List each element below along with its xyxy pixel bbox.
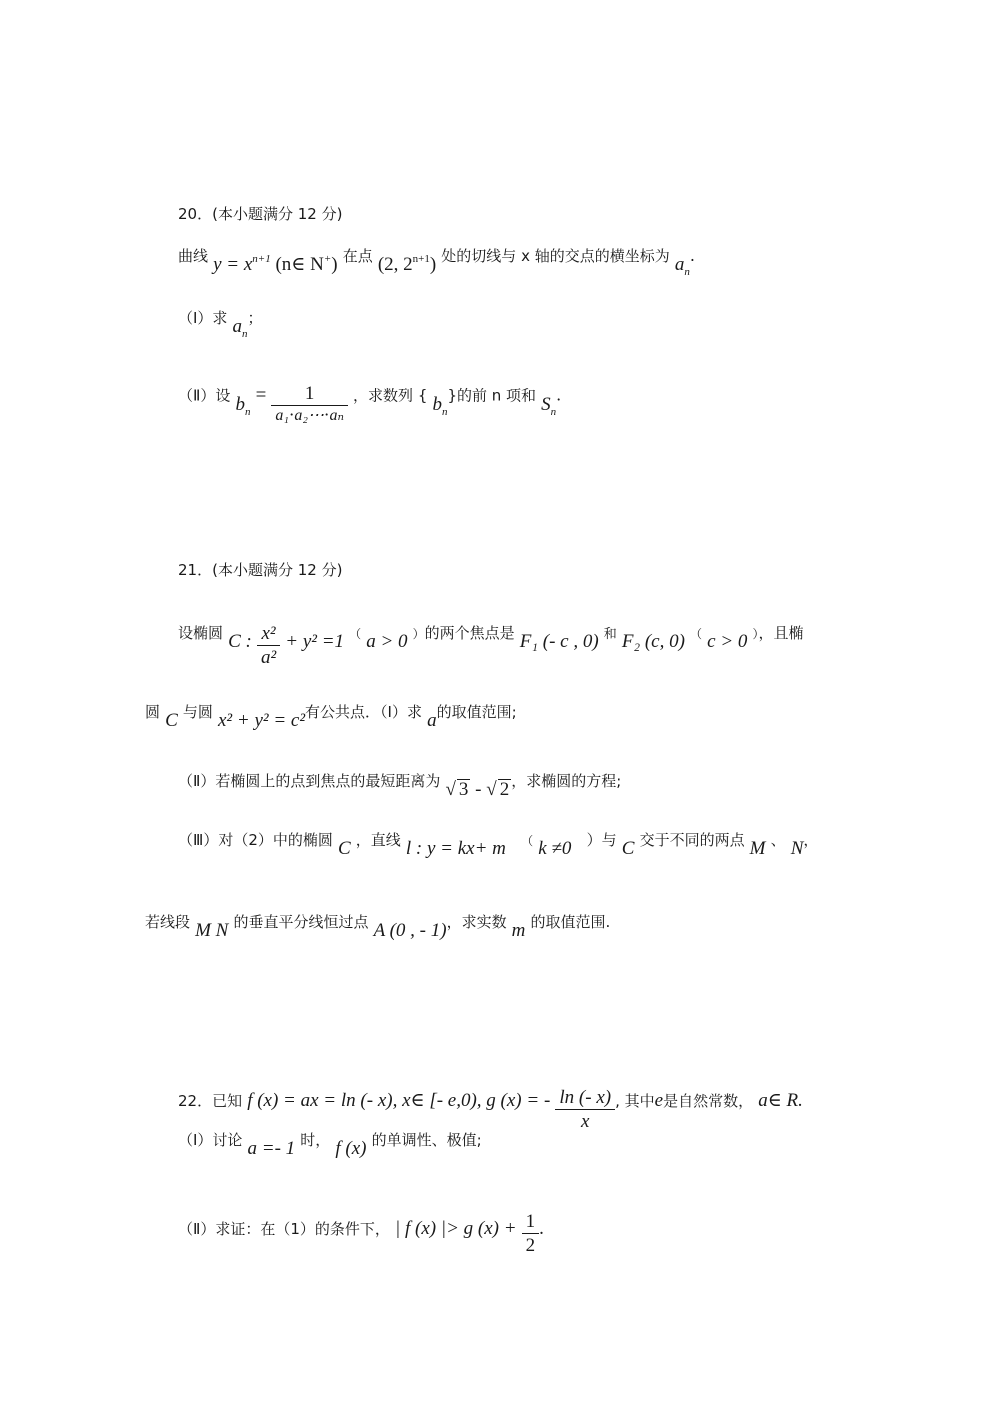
q21-stem: 设椭圆 C : x² a² + y² =1 （ a > 0 ）的两个焦点是 F₁… [178, 612, 804, 655]
q22-stem: 22．已知 f (x) = ax = ln (- x), x∈ [- e,0),… [178, 1080, 803, 1123]
q21-heading: 21．(本小题满分 12 分) [178, 562, 342, 578]
q20-part2: （Ⅱ）设 bn = 1 a₁⋅a₂⋯⋅aₙ ，求数列 { bn}的前 n 项和 … [178, 376, 561, 416]
circle-equation: x² + y² = c² [218, 710, 305, 731]
q21-part3: （Ⅲ）对（2）中的椭圆 C ，直线 l : y = kx+ m （ k ≠0 ）… [178, 830, 818, 849]
q20-part1: （Ⅰ）求 an； [178, 308, 263, 331]
q21-part2: （Ⅱ）若椭圆上的点到焦点的最短距离为 √3 - √2，求椭圆的方程; [178, 770, 621, 790]
half-fraction: 1 2 [522, 1212, 540, 1255]
a-n-var: an [675, 254, 690, 275]
q21-line2: 圆 C 与圆 x² + y² = c²有公共点．（Ⅰ）求 a的取值范围; [145, 702, 517, 721]
line-equation: l : y = kx+ m [406, 838, 506, 859]
q22-part1: （Ⅰ）讨论 a =- 1 时， f (x) 的单调性、极值; [178, 1130, 482, 1149]
function-definition: f (x) = ax = ln (- x), x∈ [- e,0), g (x)… [247, 1090, 550, 1111]
ellipse-fraction: x² a² [257, 624, 280, 667]
g-fraction: ln (- x) x [555, 1088, 615, 1131]
inequality: | f (x) |> g (x) + [395, 1218, 517, 1239]
q20-heading: 20．(本小题满分 12 分) [178, 206, 342, 222]
sqrt-expression: √3 - √2 [445, 779, 511, 800]
point-a: A (0 , - 1) [374, 920, 447, 941]
curve-equation: y = xn+1 (n∈ N+) [213, 254, 338, 275]
focus-f2: F₂ (c, 0) [622, 631, 685, 652]
focus-f1: F₁ (- c , 0) [520, 631, 599, 652]
bn-fraction: 1 a₁⋅a₂⋯⋅aₙ [271, 384, 348, 424]
q20-stem: 曲线 y = xn+1 (n∈ N+) 在点 (2, 2n+1) 处的切线与 x… [178, 245, 695, 269]
tangent-point: (2, 2n+1) [378, 254, 436, 275]
q21-line5: 若线段 M N 的垂直平分线恒过点 A (0 , - 1)，求实数 m 的取值范… [145, 912, 610, 931]
q22-part2: （Ⅱ）求证：在（1）的条件下， | f (x) |> g (x) + 1 2 . [178, 1208, 544, 1251]
